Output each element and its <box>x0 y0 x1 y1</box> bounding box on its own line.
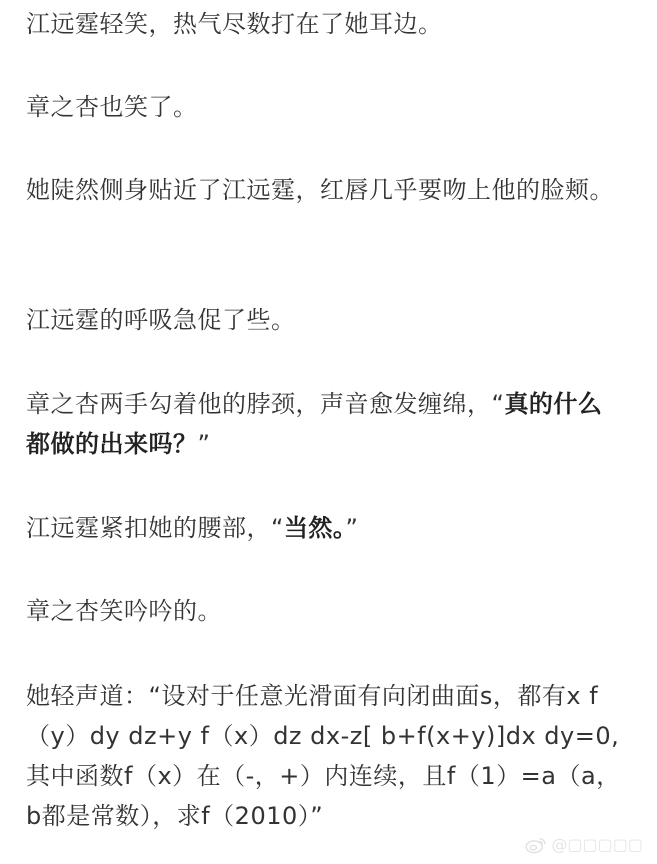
paragraph-text: 章之杏也笑了。 <box>26 93 198 121</box>
paragraph-text: 江远霆紧扣她的腰部，“ <box>26 514 284 542</box>
paragraph-2: 章之杏也笑了。 <box>26 87 198 127</box>
paragraph-text: 她陡然侧身贴近了江远霆，红唇几乎要吻上他的脸颊。 <box>26 176 614 204</box>
paragraph-8: 她轻声道：“设对于任意光滑面有向闭曲面s，都有x f（y）dy dz+y f（x… <box>26 676 636 836</box>
paragraph-text: 江远霆轻笑，热气尽数打在了她耳边。 <box>26 10 443 38</box>
paragraph-text: ” <box>198 430 211 458</box>
paragraph-text: 章之杏笑吟吟的。 <box>26 597 222 625</box>
weibo-icon <box>525 836 547 854</box>
paragraph-3: 她陡然侧身贴近了江远霆，红唇几乎要吻上他的脸颊。 <box>26 170 636 210</box>
paragraph-text: ” <box>345 514 358 542</box>
paragraph-4: 江远霆的呼吸急促了些。 <box>26 300 296 340</box>
paragraph-6: 江远霆紧扣她的腰部，“当然。” <box>26 508 358 548</box>
paragraph-7: 章之杏笑吟吟的。 <box>26 591 222 631</box>
paragraph-text: 江远霆的呼吸急促了些。 <box>26 306 296 334</box>
paragraph-text: 章之杏两手勾着他的脖颈，声音愈发缠绵，“ <box>26 390 504 418</box>
bold-quote: 当然。 <box>284 514 346 542</box>
watermark-text: @▢▢▢▢▢ <box>551 835 643 854</box>
paragraph-text: 她轻声道：“设对于任意光滑面有向闭曲面s，都有x f（y）dy dz+y f（x… <box>26 682 621 830</box>
paragraph-5: 章之杏两手勾着他的脖颈，声音愈发缠绵，“真的什么都做的出来吗？” <box>26 384 626 464</box>
weibo-watermark: @▢▢▢▢▢ <box>525 835 643 854</box>
paragraph-1: 江远霆轻笑，热气尽数打在了她耳边。 <box>26 4 443 44</box>
